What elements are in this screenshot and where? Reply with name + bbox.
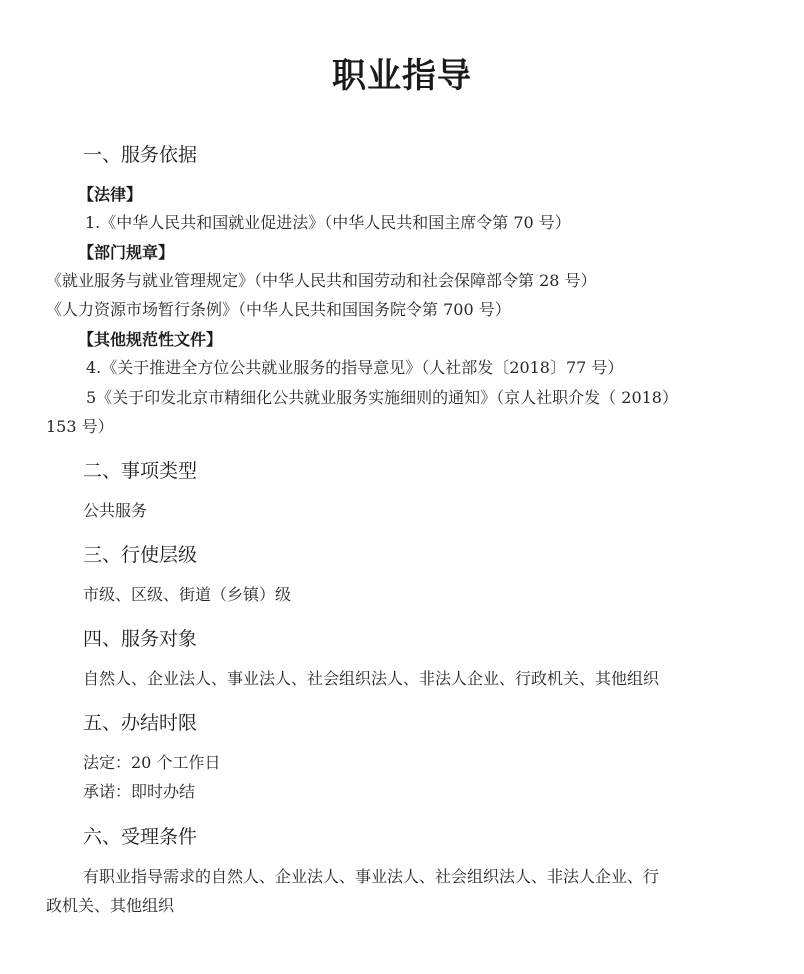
group-label-law: 【法律】 <box>78 182 142 205</box>
time-limit-statutory: 法定：20 个工作日 <box>83 750 220 773</box>
page-title: 职业指导 <box>0 48 804 97</box>
department-rule-item: 《就业服务与就业管理规定》（中华人民共和国劳动和社会保障部令第 28 号） <box>46 268 597 291</box>
administrative-level-value: 市级、区级、街道（乡镇）级 <box>83 582 291 605</box>
group-label-other-documents: 【其他规范性文件】 <box>78 327 222 350</box>
section-heading-service-basis: 一、服务依据 <box>83 140 197 167</box>
section-heading-time-limit: 五、办结时限 <box>83 708 197 735</box>
other-document-item: 5《关于印发北京市精细化公共就业服务实施细则的通知》（京人社职介发（ 2018） <box>86 385 678 408</box>
section-heading-service-targets: 四、服务对象 <box>83 624 197 651</box>
section-heading-administrative-level: 三、行使层级 <box>83 540 197 567</box>
law-item: 1.《中华人民共和国就业促进法》（中华人民共和国主席令第 70 号） <box>85 210 571 233</box>
section-heading-item-type: 二、事项类型 <box>83 456 197 483</box>
service-targets-value: 自然人、企业法人、事业法人、社会组织法人、非法人企业、行政机关、其他组织 <box>83 666 659 689</box>
department-rule-item: 《人力资源市场暂行条例》（中华人民共和国国务院令第 700 号） <box>46 297 511 320</box>
item-type-value: 公共服务 <box>83 498 147 521</box>
group-label-department-rules: 【部门规章】 <box>78 240 174 263</box>
section-heading-acceptance-conditions: 六、受理条件 <box>83 822 197 849</box>
acceptance-conditions-line-continued: 政机关、其他组织 <box>46 893 174 916</box>
other-document-item: 4.《关于推进全方位公共就业服务的指导意见》（人社部发〔2018〕77 号） <box>86 355 623 378</box>
time-limit-promised: 承诺：即时办结 <box>83 779 195 802</box>
acceptance-conditions-line: 有职业指导需求的自然人、企业法人、事业法人、社会组织法人、非法人企业、行 <box>83 864 659 887</box>
other-document-item-continued: 153 号） <box>46 414 114 437</box>
